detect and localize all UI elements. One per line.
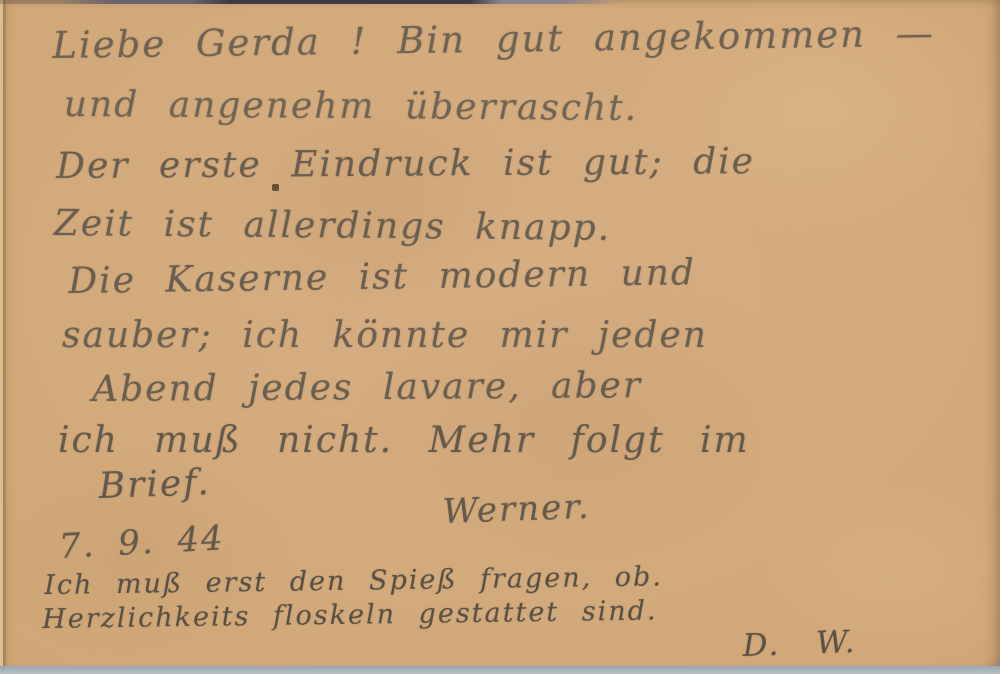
background-edge-bottom [0, 666, 1000, 674]
postcard-photo: Liebe Gerda ! Bin gut angekommen — und a… [0, 0, 1000, 674]
handwritten-line: Der erste Eindruck ist gut; die [56, 141, 755, 187]
handwritten-line: ich muß nicht. Mehr folgt im [58, 420, 750, 461]
handwritten-line: Die Kaserne ist modern und [68, 252, 696, 302]
initials-line: D. W. [742, 624, 857, 664]
handwritten-line: und angenehm überrascht. [64, 84, 639, 129]
handwritten-line: sauber; ich könnte mir jeden [62, 315, 708, 356]
handwritten-line: Abend jedes lavare, aber [92, 365, 642, 410]
paper-speck [272, 184, 279, 191]
background-edge-top [0, 0, 640, 4]
handwritten-line: Zeit ist allerdings knapp. [54, 203, 612, 249]
handwritten-line: Brief. [98, 462, 211, 507]
signature-line: Werner. [442, 487, 591, 532]
